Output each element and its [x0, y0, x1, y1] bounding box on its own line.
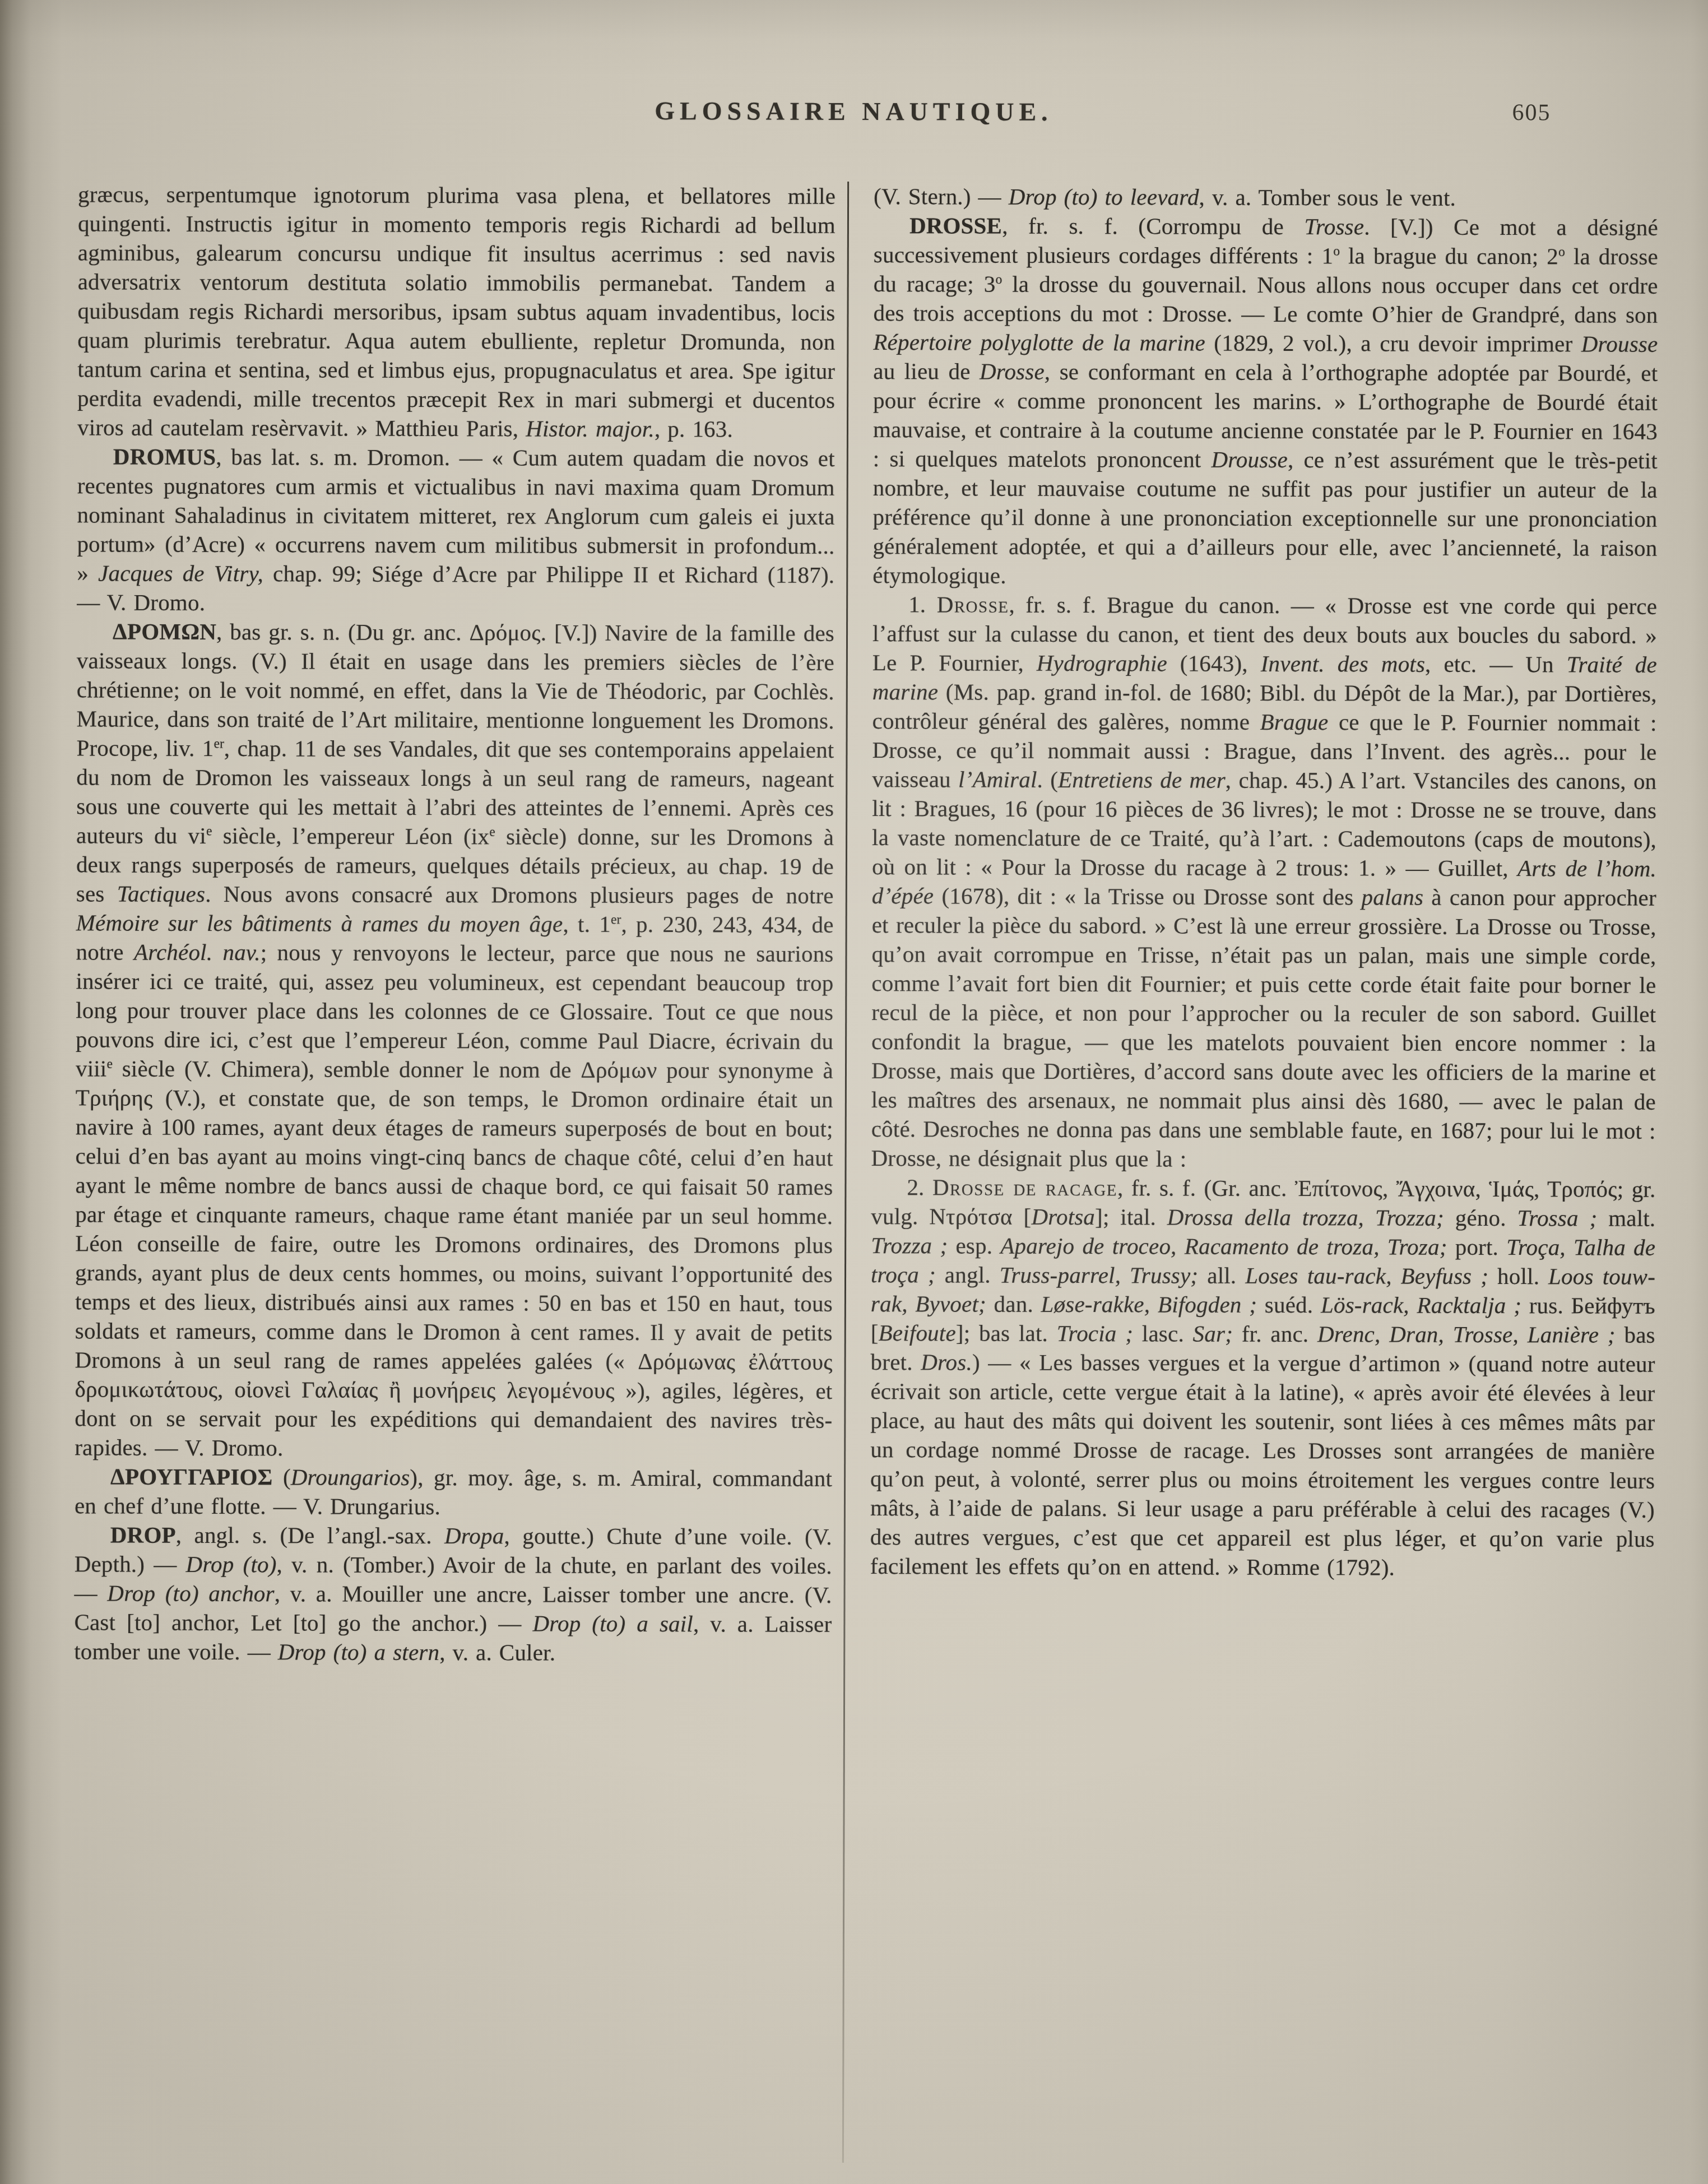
text-run: Drotsa: [1031, 1204, 1095, 1230]
text-run: Trocia ;: [1057, 1320, 1133, 1346]
running-title: GLOSSAIRE NAUTIQUE.: [55, 94, 1651, 128]
text-run: Répertoire polyglotte de la marine: [873, 329, 1205, 356]
text-run: , fr. s. f. (Corrompu de: [1002, 213, 1304, 239]
text-run: Drousse: [1211, 447, 1288, 472]
entry-drop: DROP, angl. s. (De l’angl.-sax. Dropa, g…: [74, 1520, 832, 1668]
text-run: à canon pour approcher et reculer la piè…: [871, 884, 1656, 1172]
text-run: Brague: [1260, 709, 1329, 735]
text-run: Beifoute: [879, 1320, 956, 1346]
entry-term: DROSSE: [909, 212, 1002, 238]
text-run: Trozza ;: [871, 1232, 948, 1258]
column-divider: [842, 182, 849, 2163]
text-run: holl.: [1488, 1263, 1548, 1289]
text-run: au lieu de: [873, 358, 980, 384]
page-number: 605: [1512, 99, 1551, 126]
text-run: port.: [1447, 1234, 1507, 1260]
text-run: malt.: [1597, 1205, 1655, 1231]
text-run: , v. a. Culer.: [439, 1639, 555, 1666]
text-run: dan.: [986, 1291, 1041, 1317]
text-run: o: [1333, 244, 1340, 259]
text-run: Drop (to) to leevard: [1009, 184, 1199, 210]
text-run: Sar;: [1193, 1321, 1233, 1347]
text-run: l’Amiral: [958, 766, 1037, 792]
text-run: , angl. s. (De l’angl.-sax.: [176, 1522, 444, 1548]
text-run: Invent. des mots: [1261, 651, 1426, 677]
text-run: er: [611, 912, 621, 927]
text-run: Dropa: [444, 1523, 504, 1548]
text-run: Trossa ;: [1517, 1205, 1597, 1231]
text-run: ) — « Les basses vergues et la vergue d’…: [870, 1350, 1655, 1580]
text-run: , etc. — Un: [1425, 651, 1567, 678]
text-run: angl.: [936, 1262, 1000, 1287]
text-run: . Nous avons consacré aux Dromons plusie…: [205, 881, 834, 908]
text-run: Histor. major.: [526, 415, 655, 442]
text-run: Droungarios: [291, 1464, 410, 1490]
scanned-page: GLOSSAIRE NAUTIQUE. 605 græcus, serpentu…: [0, 0, 1708, 2184]
text-run: er: [214, 736, 224, 751]
text-run: (1829, 2 vol.), a cru devoir imprimer: [1205, 330, 1581, 357]
text-run: (1678), dit : « la Trisse ou Drosse sont…: [934, 883, 1361, 910]
entry-dromus: DROMUS, bas lat. s. m. Dromon. — « Cum a…: [77, 442, 835, 619]
left-column: græcus, serpentumque ignotorum plurima v…: [74, 179, 836, 1668]
text-run: esp.: [948, 1232, 1000, 1258]
text-run: , p. 163.: [655, 416, 733, 442]
text-run: (: [273, 1464, 291, 1490]
text-run: o: [995, 272, 1002, 287]
text-run: Aparejo de troceo, Racamento de troza, T…: [1000, 1233, 1447, 1260]
text-run: Entretiens de mer: [1058, 767, 1226, 793]
text-run: all.: [1198, 1263, 1245, 1288]
text-run: Drossa della trozza, Trozza;: [1167, 1204, 1444, 1230]
entry-droungarios: ΔΡΟΥΓΓΑΡΙΟΣ (Droungarios), gr. moy. âge,…: [75, 1462, 832, 1522]
page-content: GLOSSAIRE NAUTIQUE. 605 græcus, serpentu…: [0, 0, 1708, 2165]
text-run: (1643),: [1167, 650, 1261, 676]
text-run: (V. Stern.) —: [874, 183, 1009, 210]
entry-dromon-greek: ΔΡΟΜΩΝ, bas gr. s. n. (Du gr. anc. Δρόμο…: [75, 616, 834, 1464]
text-columns: græcus, serpentumque ignotorum plurima v…: [0, 179, 1707, 2165]
text-run: Løse-rakke, Bifogden ;: [1041, 1291, 1257, 1318]
paragraph-graecus-continuation: græcus, serpentumque ignotorum plurima v…: [77, 179, 836, 444]
text-run: Truss-parrel, Trussy;: [1000, 1262, 1199, 1288]
text-run: e: [489, 825, 495, 840]
entry-term: ΔΡΟΥΓΓΑΡΙΟΣ: [110, 1464, 273, 1490]
text-run: Hydrographie: [1037, 650, 1167, 676]
entry-term: DROMUS: [113, 444, 216, 470]
text-run: Trosse: [1304, 214, 1364, 239]
text-run: palans: [1362, 884, 1424, 910]
text-run: Drop (to): [186, 1551, 277, 1577]
text-run: lasc.: [1133, 1320, 1193, 1346]
text-run: 2.: [907, 1174, 932, 1200]
paragraph-drop-continuation: (V. Stern.) — Drop (to) to leevard, v. a…: [874, 182, 1658, 213]
text-run: Loses tau-rack, Beyfuss ;: [1245, 1263, 1488, 1289]
text-run: Lös-rack, Racktalja ;: [1321, 1292, 1521, 1318]
text-run: la brague du canon; 2: [1340, 243, 1558, 269]
entry-drosse-de-racage: 2. Drosse de racage, fr. s. f. (Gr. anc.…: [870, 1172, 1656, 1583]
text-run: ]; bas lat.: [956, 1320, 1057, 1346]
text-run: e: [206, 824, 212, 838]
entry-drosse-1: 1. Drosse, fr. s. f. Brague du canon. — …: [871, 590, 1658, 1175]
text-run: Drop (to) a sail: [532, 1611, 693, 1637]
text-run: Drousse: [1581, 331, 1658, 356]
text-run: siècle, l’empereur Léon (ix: [212, 823, 489, 849]
text-run: siècle (V. Chimera), semble donner le no…: [75, 1056, 833, 1461]
text-run: , v. a. Tomber sous le vent.: [1199, 184, 1456, 211]
entry-drosse: DROSSE, fr. s. f. (Corrompu de Trosse. […: [872, 211, 1658, 592]
text-run: suéd.: [1257, 1292, 1321, 1318]
text-run: Drop (to) anchor: [107, 1580, 275, 1607]
text-run: o: [1558, 245, 1565, 259]
text-run: Drosse,: [980, 359, 1050, 384]
text-run: Drenc, Dran, Trosse, Lanière ;: [1317, 1321, 1616, 1347]
text-run: Mémoire sur les bâtiments à rames du moy…: [76, 910, 563, 936]
text-run: fr. anc.: [1233, 1321, 1317, 1347]
entry-term: ΔΡΟΜΩΝ: [113, 619, 216, 644]
text-run: Drop (to) a stern: [278, 1639, 440, 1665]
text-run: Jacques de Vitry,: [98, 560, 263, 586]
text-run: e: [106, 1057, 113, 1072]
right-column: (V. Stern.) — Drop (to) to leevard, v. a…: [870, 182, 1659, 1583]
entry-term: Drosse: [937, 591, 1009, 617]
text-run: 1.: [908, 591, 937, 617]
entry-term: DROP: [110, 1522, 176, 1548]
text-run: Archéol. nav.: [134, 939, 261, 966]
text-run: ]; ital.: [1095, 1204, 1167, 1230]
text-run: . (: [1037, 767, 1059, 792]
entry-term: Drosse de racage: [932, 1174, 1117, 1200]
text-run: græcus, serpentumque ignotorum plurima v…: [77, 181, 836, 441]
page-header: GLOSSAIRE NAUTIQUE. 605: [55, 94, 1651, 137]
text-run: Tactiques: [117, 881, 206, 907]
text-run: géno.: [1444, 1205, 1517, 1231]
text-run: Dros.: [921, 1349, 972, 1375]
text-run: , t. 1: [563, 911, 611, 937]
